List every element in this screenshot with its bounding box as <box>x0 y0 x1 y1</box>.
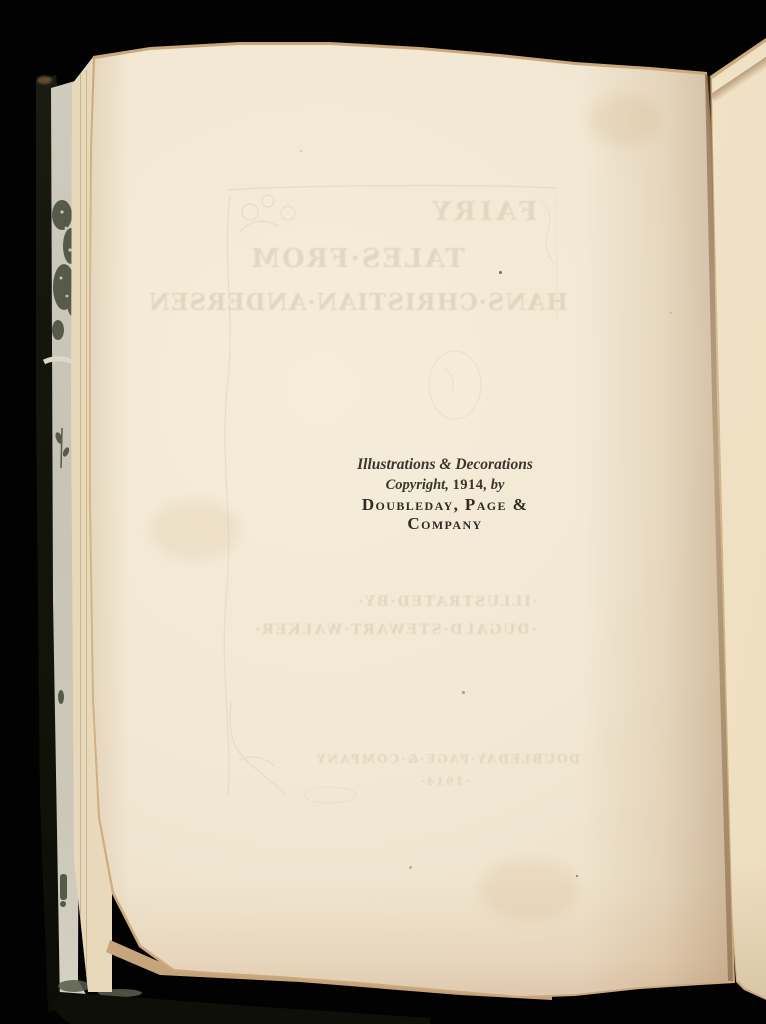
dust-speck <box>409 866 412 869</box>
copyright-block: Illustrations & Decorations Copyright, 1… <box>338 454 552 533</box>
copyright-pre: Copyright, <box>386 477 453 493</box>
page-edge-line <box>86 70 87 985</box>
copyright-line-1: Illustrations & Decorations <box>338 454 552 475</box>
ghost-illustrated-by: ·ILLUSTRATED·BY· <box>352 594 542 610</box>
copyright-post: , by <box>483 477 504 493</box>
ghost-publisher: DOUBLEDAY·PAGE·&·COMPANY <box>318 752 580 766</box>
ghost-title-line: HANS·CHRISTIAN·ANDERSEN <box>232 289 568 316</box>
dust-speck <box>300 150 302 152</box>
page-edge-line <box>80 70 81 985</box>
ghost-year: ·1914· <box>398 775 490 788</box>
dust-speck <box>576 875 578 877</box>
dust-speck <box>670 312 672 314</box>
dust-speck <box>462 691 465 694</box>
ghost-title-line: TALES·FROM <box>242 244 472 274</box>
book-photo: FAIRY TALES·FROM HANS·CHRISTIAN·ANDERSEN… <box>0 0 766 1024</box>
copyright-line-2: Copyright, 1914, by <box>338 475 552 495</box>
ghost-illustrator: ·DUGALD·STEWART·WALKER· <box>252 622 538 638</box>
copyright-line-3: Doubleday, Page & Company <box>338 495 552 533</box>
dust-speck <box>499 271 502 274</box>
copyright-year: 1914 <box>452 477 483 493</box>
verso-page: FAIRY TALES·FROM HANS·CHRISTIAN·ANDERSEN… <box>0 0 766 1024</box>
ghost-title-line: FAIRY <box>388 197 578 227</box>
